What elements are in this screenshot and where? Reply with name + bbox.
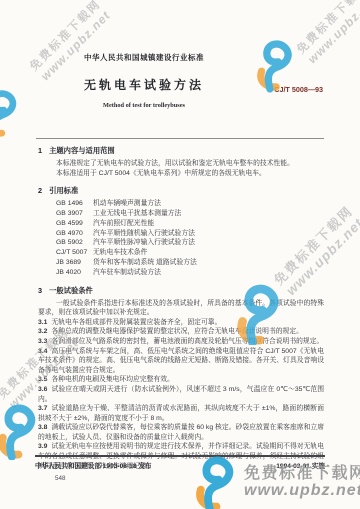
reference-title: 无轨电车技术条件 <box>93 249 147 256</box>
issued-line: 中华人民共和国建设部 1993-08-18 发布 <box>35 460 152 470</box>
effective-line: 1994-03-01 实施 <box>276 460 325 470</box>
reference-code: JB 4020 <box>56 268 93 278</box>
clause-text: 高压电气系统与车架之间，高、低压电气系统之间的绝缘电阻值应符合 CJ/T 500… <box>38 348 324 374</box>
reference-title: 货车和客车制动系统 道路试验方法 <box>93 259 197 266</box>
reference-item: GB 5902汽车平顺性脉冲输入行驶试验方法 <box>56 238 324 248</box>
clause-3-7: 3.7试验道路应为干燥、平整清洁的沥青或水泥路面，其纵向坡度不大于 ±1%，路面… <box>38 404 324 423</box>
reference-item: GB 4970汽车平顺性随机输入行驶试验方法 <box>56 229 324 239</box>
section-3-intro: 一般试验条件系指进行本标准述及的各项试验时，所具备的基本条件。各项试验中的特殊要… <box>38 299 324 318</box>
reference-title: 汽车平顺性脉冲输入行驶试验方法 <box>93 239 195 246</box>
watermark-site-name: 免费标准下载网 <box>273 0 360 77</box>
section-2-number: 2 <box>38 186 42 195</box>
section-2-heading: 2引用标准 <box>38 186 324 196</box>
clause-number: 3.2 <box>38 328 47 335</box>
standard-number: CJ/T 5008—93 <box>274 85 323 94</box>
watermark-site-url: www.upbz.net <box>244 483 360 500</box>
clause-number: 3.6 <box>38 386 47 393</box>
clause-text: 各润滑部位及气路系统的密封性，蓄电池液面的高度及轮胎气压等均应符合说明书的规定。 <box>51 338 323 345</box>
page-number: 548 <box>55 475 66 482</box>
clause-3-2: 3.2各种总成的调整及继电器保护装置的整定状况，应符合无轨电车设计说明书的规定。 <box>38 327 324 337</box>
reference-title: 汽车平顺性随机输入行驶试验方法 <box>93 230 195 237</box>
section-1-heading: 1主题内容与适用范围 <box>38 146 324 156</box>
clause-number: 3.9 <box>38 443 47 450</box>
reference-code: GB 3907 <box>56 209 93 219</box>
reference-code: GB 5902 <box>56 238 93 248</box>
clause-text: 各种总成的调整及继电器保护装置的整定状况，应符合无轨电车设计说明书的规定。 <box>51 328 302 335</box>
clause-3-1: 3.1无轨电车各组成部件及附属装置应装备齐全，固定可靠。 <box>38 318 324 328</box>
clause-number: 3.5 <box>38 376 47 383</box>
clause-number: 3.1 <box>38 319 47 326</box>
clause-text: 试验应在晴天或阴天进行（防水试验例外），风速不超过 3 m/s，气温应在 0℃～… <box>38 386 324 403</box>
reference-list: GB 1496机动车辆噪声测量方法 GB 3907工业无线电干扰基本测量方法 G… <box>38 199 324 277</box>
reference-item: GB 4599汽车前照灯配光性能 <box>56 219 324 229</box>
reference-code: GB 4970 <box>56 229 93 239</box>
clause-number: 3.4 <box>38 348 47 355</box>
reference-item: CJ/T 5007无轨电车技术条件 <box>56 248 324 258</box>
reference-title: 工业无线电干扰基本测量方法 <box>93 210 181 217</box>
document-header: 中华人民共和国城镇建设行业标准 无轨电车试验方法 Method of test … <box>38 52 250 109</box>
section-3-title: 一般试验条件 <box>49 286 93 295</box>
clause-3-4: 3.4高压电气系统与车架之间，高、低压电气系统之间的绝缘电阻值应符合 CJ/T … <box>38 347 324 376</box>
reference-title: 汽车驻车制动试验方法 <box>93 269 161 276</box>
up-logo-icon <box>0 86 22 140</box>
section-1-paragraph: 本标准规定了无轨电车的试验方法，用以试验和鉴定无轨电车整车的技术性能。 <box>38 159 324 169</box>
clause-3-3: 3.3各润滑部位及气路系统的密封性，蓄电池液面的高度及轮胎气压等均应符合说明书的… <box>38 337 324 347</box>
document-title: 无轨电车试验方法 <box>38 76 250 93</box>
reference-item: JB 4020汽车驻车制动试验方法 <box>56 268 324 278</box>
section-3-number: 3 <box>38 286 42 295</box>
reference-item: GB 1496机动车辆噪声测量方法 <box>56 199 324 209</box>
clause-text: 试验道路应为干燥、平整清洁的沥青或水泥路面，其纵向坡度不大于 ±1%，路面的横断… <box>38 405 324 422</box>
reference-code: JB 3689 <box>56 258 93 268</box>
reference-title: 机动车辆噪声测量方法 <box>93 200 161 207</box>
footer: 中华人民共和国建设部 1993-08-18 发布 1994-03-01 实施 <box>35 460 325 470</box>
document-body: 1主题内容与适用范围 本标准规定了无轨电车的试验方法，用以试验和鉴定无轨电车整车… <box>38 141 324 471</box>
section-3-heading: 3一般试验条件 <box>38 286 324 296</box>
up-logo-icon <box>0 402 42 460</box>
section-1-paragraph: 本标准适用于 CJ/T 5004《无轨电车系列》中所规定的各级无轨电车。 <box>38 169 324 179</box>
reference-code: GB 1496 <box>56 199 93 209</box>
section-1-title: 主题内容与适用范围 <box>49 146 115 155</box>
document-subtitle-english: Method of test for trolleybuses <box>38 102 250 109</box>
footer-divider <box>35 455 325 457</box>
header-divider <box>36 138 324 139</box>
reference-item: GB 3907工业无线电干扰基本测量方法 <box>56 209 324 219</box>
clause-3-8: 3.8满载试验应以砂袋代替乘客，每位乘客的质量按 60 kg 核定。砂袋应放置在… <box>38 423 324 442</box>
clause-text: 各种电机的电刷及集电环均应完整有效。 <box>51 376 173 383</box>
reference-code: CJ/T 5007 <box>56 248 93 258</box>
clause-number: 3.7 <box>38 405 47 412</box>
clause-text: 无轨电车各组成部件及附属装置应装备齐全，固定可靠。 <box>51 319 221 326</box>
document-page: 中华人民共和国城镇建设行业标准 无轨电车试验方法 Method of test … <box>0 0 360 509</box>
reference-item: JB 3689货车和客车制动系统 道路试验方法 <box>56 258 324 268</box>
standard-org-line: 中华人民共和国城镇建设行业标准 <box>38 52 250 63</box>
clause-3-5: 3.5各种电机的电刷及集电环均应完整有效。 <box>38 375 324 385</box>
clause-text: 满载试验应以砂袋代替乘客，每位乘客的质量按 60 kg 核定。砂袋应放置在乘客座… <box>38 424 324 441</box>
reference-code: GB 4599 <box>56 219 93 229</box>
watermark-top-right: 免费标准下载网 www.upbz.net <box>273 0 360 87</box>
reference-title: 汽车前照灯配光性能 <box>93 220 154 227</box>
section-2-title: 引用标准 <box>49 186 78 195</box>
watermark-site-url: www.upbz.net <box>285 0 360 87</box>
section-1-number: 1 <box>38 146 42 155</box>
clause-number: 3.8 <box>38 424 47 431</box>
clause-3-6: 3.6试验应在晴天或阴天进行（防水试验例外），风速不超过 3 m/s，气温应在 … <box>38 385 324 404</box>
clause-number: 3.3 <box>38 338 47 345</box>
